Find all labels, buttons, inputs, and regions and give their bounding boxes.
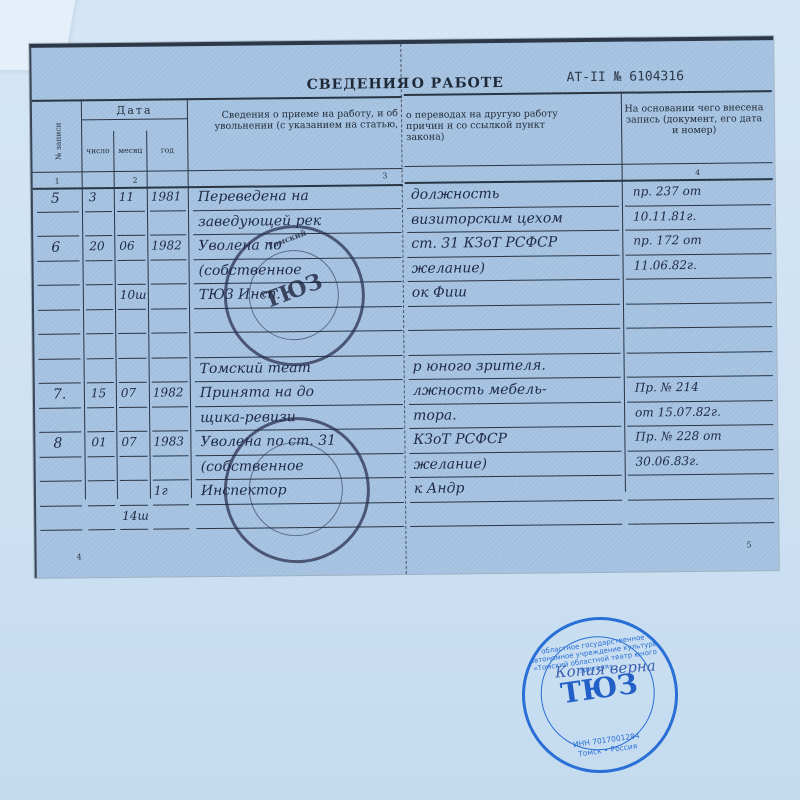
- page-number-left: 4: [77, 552, 82, 561]
- row-rule: [152, 406, 188, 407]
- row-rule: [150, 234, 186, 235]
- record-text-left: Переведена на: [198, 188, 309, 205]
- row-rule: [38, 284, 80, 285]
- row-rule: [85, 260, 112, 261]
- row-rule: [195, 404, 403, 407]
- row-rule: [625, 253, 771, 256]
- col-line-4: [187, 98, 192, 498]
- row-rule: [410, 499, 622, 502]
- row-rule: [153, 528, 189, 529]
- record-basis: от 15.07.82г.: [635, 404, 721, 419]
- row-rule: [627, 375, 773, 378]
- row-rule: [151, 283, 187, 284]
- row-rule: [87, 431, 114, 432]
- col-line-5: [621, 92, 626, 492]
- row-rule: [86, 309, 113, 310]
- row-rule: [39, 382, 81, 383]
- row-rule: [408, 352, 620, 355]
- record-day: 20: [89, 239, 104, 253]
- record-year: 1983: [153, 434, 184, 448]
- record-text-left: Принята на до: [200, 384, 314, 401]
- col-number-4: 4: [623, 166, 773, 179]
- row-rule: [153, 455, 189, 456]
- record-text-right: ст. 31 КЗоТ РСФСР: [411, 234, 557, 252]
- row-rule: [407, 205, 619, 208]
- col-line-1: [81, 99, 86, 499]
- row-rule: [37, 235, 79, 236]
- record-month: 11: [119, 190, 134, 204]
- row-rule: [38, 333, 80, 334]
- row-rule: [628, 449, 774, 452]
- record-month: 06: [119, 239, 134, 253]
- record-basis: 30.06.83г.: [636, 453, 699, 468]
- record-number: 5: [51, 191, 60, 207]
- row-rule: [120, 529, 148, 530]
- page-number-right: 5: [746, 540, 751, 549]
- row-rule: [85, 235, 112, 236]
- row-rule: [118, 308, 146, 309]
- row-rule: [409, 426, 621, 429]
- row-rule: [410, 475, 622, 478]
- record-text-right: визиторским цехом: [411, 210, 563, 228]
- record-basis: Пр. № 214: [635, 380, 699, 395]
- record-basis: 11.06.82г.: [634, 257, 697, 272]
- record-basis: 10.11.81г.: [633, 208, 696, 223]
- row-rule: [407, 254, 619, 257]
- row-rule: [37, 260, 79, 261]
- row-rule: [40, 456, 82, 457]
- row-rule: [409, 377, 621, 380]
- record-text-right: желание): [412, 260, 486, 277]
- row-rule: [407, 230, 619, 233]
- record-text-right: должность: [411, 186, 500, 203]
- record-number: 6: [51, 240, 60, 256]
- row-rule: [87, 407, 114, 408]
- row-rule: [119, 382, 147, 383]
- row-rule: [626, 351, 772, 354]
- header-record-no: № записи: [53, 121, 64, 161]
- row-rule: [87, 382, 114, 383]
- old-theatre-stamp-1: ТЮЗ Томский: [223, 224, 365, 366]
- record-month: 07: [121, 435, 136, 449]
- record-day: 01: [91, 435, 106, 449]
- row-rule: [628, 498, 774, 501]
- record-number: 7.: [53, 387, 67, 403]
- row-rule: [153, 479, 189, 480]
- record-year: 1982: [153, 385, 184, 399]
- record-year: 1982: [151, 238, 182, 252]
- row-rule: [86, 284, 113, 285]
- row-rule: [118, 284, 146, 285]
- col-number-1: 1: [33, 175, 82, 187]
- record-basis: пр. 237 от: [633, 184, 702, 199]
- serial-number: АТ-II № 6104316: [567, 69, 685, 85]
- row-rule: [119, 431, 147, 432]
- record-month: 14ш: [122, 508, 149, 522]
- row-rule: [88, 456, 115, 457]
- record-basis: пр. 172 от: [633, 233, 702, 248]
- row-rule: [117, 210, 145, 211]
- row-rule: [119, 357, 147, 358]
- header-day: число: [82, 145, 113, 156]
- row-rule: [39, 358, 81, 359]
- row-rule: [39, 431, 81, 432]
- record-month: 07: [121, 386, 136, 400]
- row-rule: [627, 400, 773, 403]
- row-rule: [88, 505, 115, 506]
- col-number-2: 2: [83, 174, 188, 186]
- row-rule: [408, 303, 620, 306]
- row-rule: [40, 529, 82, 530]
- row-rule: [150, 210, 186, 211]
- row-rule: [625, 228, 771, 231]
- row-rule: [628, 473, 774, 476]
- record-text-right: желание): [414, 456, 488, 473]
- row-rule: [408, 279, 620, 282]
- row-rule: [85, 211, 112, 212]
- row-rule: [40, 480, 82, 481]
- row-rule: [119, 406, 147, 407]
- row-rule: [626, 326, 772, 329]
- row-rule: [117, 235, 145, 236]
- work-record-copy: СВЕДЕНИЯ О РАБОТЕ АТ-II № 6104316 № запи…: [29, 36, 779, 578]
- row-rule: [120, 455, 148, 456]
- title-right: О РАБОТЕ: [412, 75, 504, 92]
- record-text-right: р юного зрителя.: [413, 357, 546, 374]
- row-rule: [409, 401, 621, 404]
- record-basis: Пр. № 228 от: [635, 429, 721, 444]
- body-top-rule-right: [405, 178, 773, 184]
- row-rule: [152, 430, 188, 431]
- row-rule: [40, 505, 82, 506]
- record-text-right: тора.: [413, 407, 457, 423]
- row-rule: [151, 308, 187, 309]
- header-bottom-rule-left: [33, 168, 403, 173]
- header-date: Дата: [82, 104, 187, 116]
- row-rule: [39, 407, 81, 408]
- record-text-right: КЗоТ РСФСР: [413, 431, 507, 448]
- header-month: месяц: [114, 145, 146, 156]
- row-rule: [627, 424, 773, 427]
- row-rule: [410, 450, 622, 453]
- row-rule: [626, 277, 772, 280]
- col-number-3: 3: [383, 170, 388, 181]
- header-year: год: [147, 144, 187, 155]
- row-rule: [88, 480, 115, 481]
- record-text-right: к Андр: [414, 480, 465, 497]
- row-rule: [86, 333, 113, 334]
- record-year: 1г: [154, 483, 168, 497]
- row-rule: [37, 211, 79, 212]
- row-rule: [88, 529, 115, 530]
- record-day: 3: [89, 190, 97, 204]
- header-info-right: о переводах на другую работу причин и со…: [406, 108, 586, 143]
- row-rule: [152, 381, 188, 382]
- row-rule: [152, 357, 188, 358]
- record-number: 8: [53, 436, 62, 452]
- row-rule: [38, 309, 80, 310]
- row-rule: [120, 504, 148, 505]
- record-text-right: ок Фиш: [412, 284, 467, 301]
- row-rule: [626, 302, 772, 305]
- record-text-right: лжность мебель-: [413, 382, 547, 399]
- row-rule: [153, 504, 189, 505]
- title-left: СВЕДЕНИЯ: [307, 76, 411, 93]
- header-basis: На основании чего внесена запись (докуме…: [624, 102, 764, 136]
- date-subrule: [82, 118, 187, 120]
- row-rule: [195, 379, 403, 382]
- record-month: 10ш: [120, 288, 147, 302]
- row-rule: [87, 358, 114, 359]
- row-rule: [628, 522, 774, 525]
- row-rule: [410, 524, 622, 527]
- row-rule: [120, 480, 148, 481]
- row-rule: [151, 332, 187, 333]
- row-rule: [150, 259, 186, 260]
- record-year: 1981: [151, 189, 182, 203]
- row-rule: [193, 208, 401, 211]
- row-rule: [117, 259, 145, 260]
- row-rule: [408, 328, 620, 331]
- header-rule-left: [32, 96, 402, 102]
- row-rule: [625, 204, 771, 207]
- row-rule: [118, 333, 146, 334]
- old-theatre-stamp-2: [223, 416, 371, 564]
- record-day: 15: [91, 386, 106, 400]
- header-info-left: Сведения о приеме на работу, и об увольн…: [202, 108, 398, 132]
